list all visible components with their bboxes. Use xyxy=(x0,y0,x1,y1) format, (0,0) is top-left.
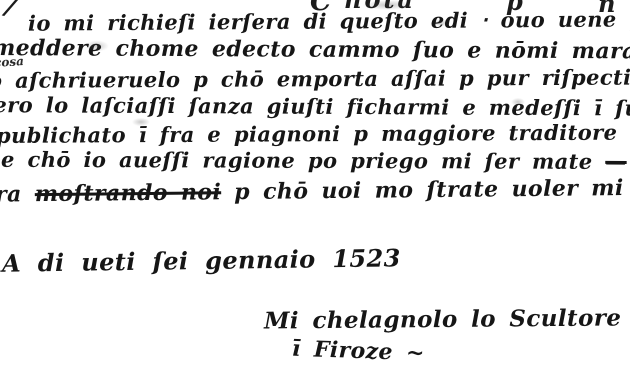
line-text: ſero lo laſciaſſi ſanza giuſti ficharmi … xyxy=(0,92,630,121)
line-text: ora xyxy=(0,181,35,208)
signature-name: Mi chelagnolo lo Scultore xyxy=(264,304,622,334)
manuscript-page: / C nota p n io mi richieſi ierſera di q… xyxy=(0,0,630,380)
cropped-line-fragment: / xyxy=(3,0,19,22)
manuscript-line: be chō io aueſſi ragione po priego mi ſe… xyxy=(0,147,630,175)
manuscript-line: io mi richieſi ierſera di queſto edi ‧ o… xyxy=(28,5,630,35)
strikethrough-text: moſtrando noi xyxy=(35,179,222,207)
signature-place: ī Firoze ~ xyxy=(292,336,426,367)
date-line: A di ueti ſei gennaio 1523 xyxy=(2,243,401,278)
line-text: io mi richieſi ierſera di queſto edi ‧ o… xyxy=(28,5,630,35)
interlinear-note: cosa xyxy=(0,54,24,70)
line-text: publichato ī fra e piagnoni p maggiore t… xyxy=(0,119,630,148)
line-text: o aſchriueruelo p chō emporta aſſai p pu… xyxy=(0,64,630,93)
manuscript-line: o aſchriueruelo p chō emporta aſſai p pu… xyxy=(0,64,630,93)
line-text: p chō uoi mo ſtrate uoler mi bene xyxy=(221,174,630,205)
manuscript-line: publichato ī fra e piagnoni p maggiore t… xyxy=(0,119,630,148)
strikethrough-text: — xyxy=(605,149,626,174)
manuscript-line: ora moſtrando noi p chō uoi mo ſtrate uo… xyxy=(0,174,630,208)
ink-smudge xyxy=(128,116,154,128)
manuscript-line: ſero lo laſciaſſi ſanza giuſti ficharmi … xyxy=(0,92,630,121)
line-text: io ui d xyxy=(627,149,630,174)
line-text: be chō io aueſſi ragione po priego mi ſe… xyxy=(0,147,605,174)
ink-smudge xyxy=(428,18,454,28)
ink-smudge xyxy=(508,96,528,108)
ink-smudge xyxy=(80,38,114,54)
